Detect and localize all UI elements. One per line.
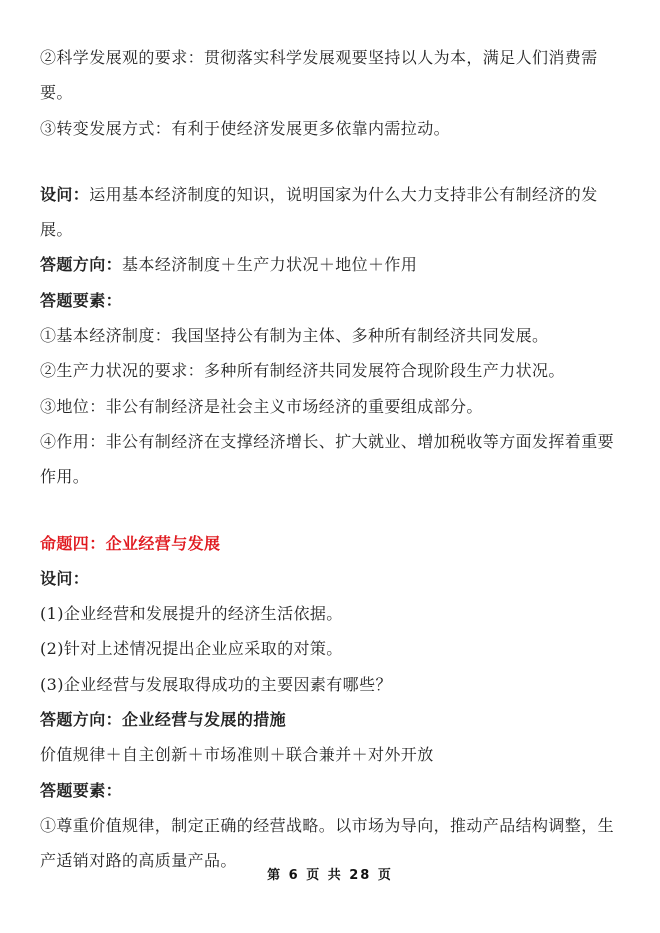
ask-label: 设问： <box>40 185 89 204</box>
element-item-1: ①基本经济制度：我国坚持公有制为主体、多种所有制经济共同发展。 <box>40 318 625 353</box>
p4-question-2: (2)针对上述情况提出企业应采取的对策。 <box>40 631 625 666</box>
element-item-2: ②生产力状况的要求：多种所有制经济共同发展符合现阶段生产力状况。 <box>40 353 625 388</box>
element-item-3: ③地位：非公有制经济是社会主义市场经济的重要组成部分。 <box>40 389 625 424</box>
spacer <box>40 146 625 177</box>
section-heading: 命题四：企业经营与发展 <box>40 526 625 561</box>
p4-direction-label: 答题方向： <box>40 710 122 729</box>
p4-ask-label: 设问： <box>40 561 625 596</box>
p4-question-1: (1)企业经营和发展提升的经济生活依据。 <box>40 596 625 631</box>
ask-text: 运用基本经济制度的知识，说明国家为什么大力支持非公有制经济的发展。 <box>40 185 598 239</box>
p4-direction-text: 企业经营与发展的措施 <box>122 710 286 729</box>
question-direction: 答题方向：基本经济制度＋生产力状况＋地位＋作用 <box>40 247 625 282</box>
prev-item-3: ③转变发展方式：有利于使经济发展更多依靠内需拉动。 <box>40 111 625 146</box>
question-ask: 设问：运用基本经济制度的知识，说明国家为什么大力支持非公有制经济的发展。 <box>40 177 625 248</box>
p4-question-3: (3)企业经营与发展取得成功的主要因素有哪些？ <box>40 667 625 702</box>
document-page: ②科学发展观的要求：贯彻落实科学发展观要坚持以人为本，满足人们消费需要。 ③转变… <box>40 40 625 879</box>
element-item-4: ④作用：非公有制经济在支撑经济增长、扩大就业、增加税收等方面发挥着重要作用。 <box>40 424 625 495</box>
p4-direction-formula: 价值规律＋自主创新＋市场准则＋联合兼并＋对外开放 <box>40 737 625 772</box>
prev-item-2: ②科学发展观的要求：贯彻落实科学发展观要坚持以人为本，满足人们消费需要。 <box>40 40 625 111</box>
direction-text: 基本经济制度＋生产力状况＋地位＋作用 <box>122 255 417 274</box>
p4-direction: 答题方向：企业经营与发展的措施 <box>40 702 625 737</box>
direction-label: 答题方向： <box>40 255 122 274</box>
elements-label: 答题要素： <box>40 283 625 318</box>
p4-elements-label: 答题要素： <box>40 773 625 808</box>
spacer <box>40 495 625 526</box>
page-number: 第 6 页 共 28 页 <box>0 864 660 883</box>
